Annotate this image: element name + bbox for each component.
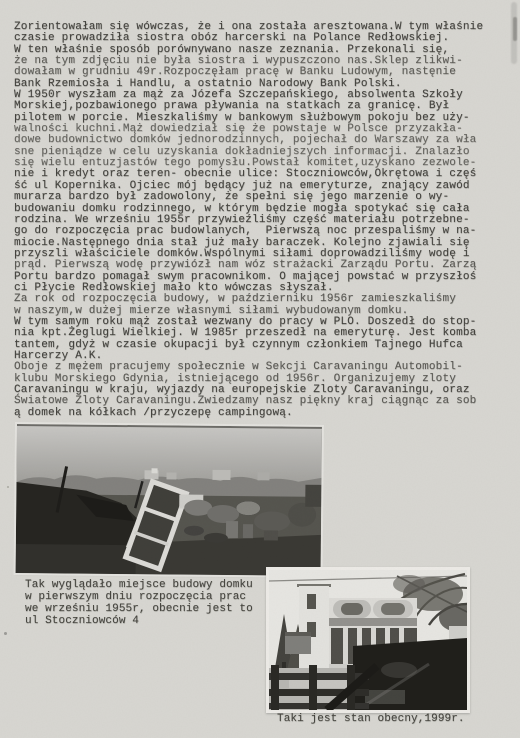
- house-photo-image: [269, 570, 467, 710]
- scanned-memoir-page: Zorientowałam się wówczas, że i ona zost…: [0, 0, 520, 738]
- photo1-caption-line: Tak wyglądało miejsce budowy domku: [25, 579, 253, 591]
- memoir-line: czasie prowadziła siostra obóz harcerski…: [14, 33, 516, 44]
- memoir-line: się wielu entuzjastów tego pomysłu.Powst…: [14, 158, 516, 169]
- photo1-caption-line: ul Stoczniowców 4: [25, 615, 253, 627]
- construction-site-photo: [16, 424, 322, 576]
- photo1-caption: Tak wyglądało miejsce budowy domkuw pier…: [25, 579, 253, 627]
- memoir-line: dowałam w grudniu 49r.Rozpoczęłam pracę …: [14, 67, 516, 78]
- construction-site-photo-image: [16, 424, 322, 576]
- scan-speck: [7, 486, 9, 488]
- memoir-line: Za rok od rozpoczęcia budowy, w paździer…: [14, 294, 516, 305]
- memoir-line: Światowe Zloty Caravaningu.Zwiedzamy nas…: [14, 396, 516, 407]
- memoir-line: klubu Morskiego Gdynia, istniejącego od …: [14, 374, 516, 385]
- house-photo: [266, 567, 470, 713]
- memoir-line: w naszym,w dużej mierze własnymi siłami …: [14, 306, 516, 317]
- photo1-caption-line: w pierwszym dniu rozpoczęcia prac: [25, 591, 253, 603]
- memoir-line: ą domek na kółkach /przyczepę campingową…: [14, 408, 516, 419]
- memoir-line: go do rozpoczęcia prac budowlanych, Pier…: [14, 226, 516, 237]
- memoir-text-block: Zorientowałam się wówczas, że i ona zost…: [14, 22, 516, 419]
- photo1-caption-line: we wrześniu 1955r, obecnie jest to: [25, 603, 253, 615]
- memoir-line: Oboje z mężem pracujemy społecznie w Sek…: [14, 362, 516, 373]
- memoir-line: nia kpt.Żeglugi Wielkiej. W 1985r przesz…: [14, 328, 516, 339]
- photo2-caption: Taki jest stan obecny,1999r.: [277, 713, 465, 725]
- scan-edge-smudge-dark: [513, 17, 517, 41]
- memoir-line: prąd. Pierwszą wodę przywiózł nam wóz st…: [14, 260, 516, 271]
- memoir-line: murarza bardzo był zadowolony, że spełni…: [14, 192, 516, 203]
- scan-speck: [4, 632, 7, 635]
